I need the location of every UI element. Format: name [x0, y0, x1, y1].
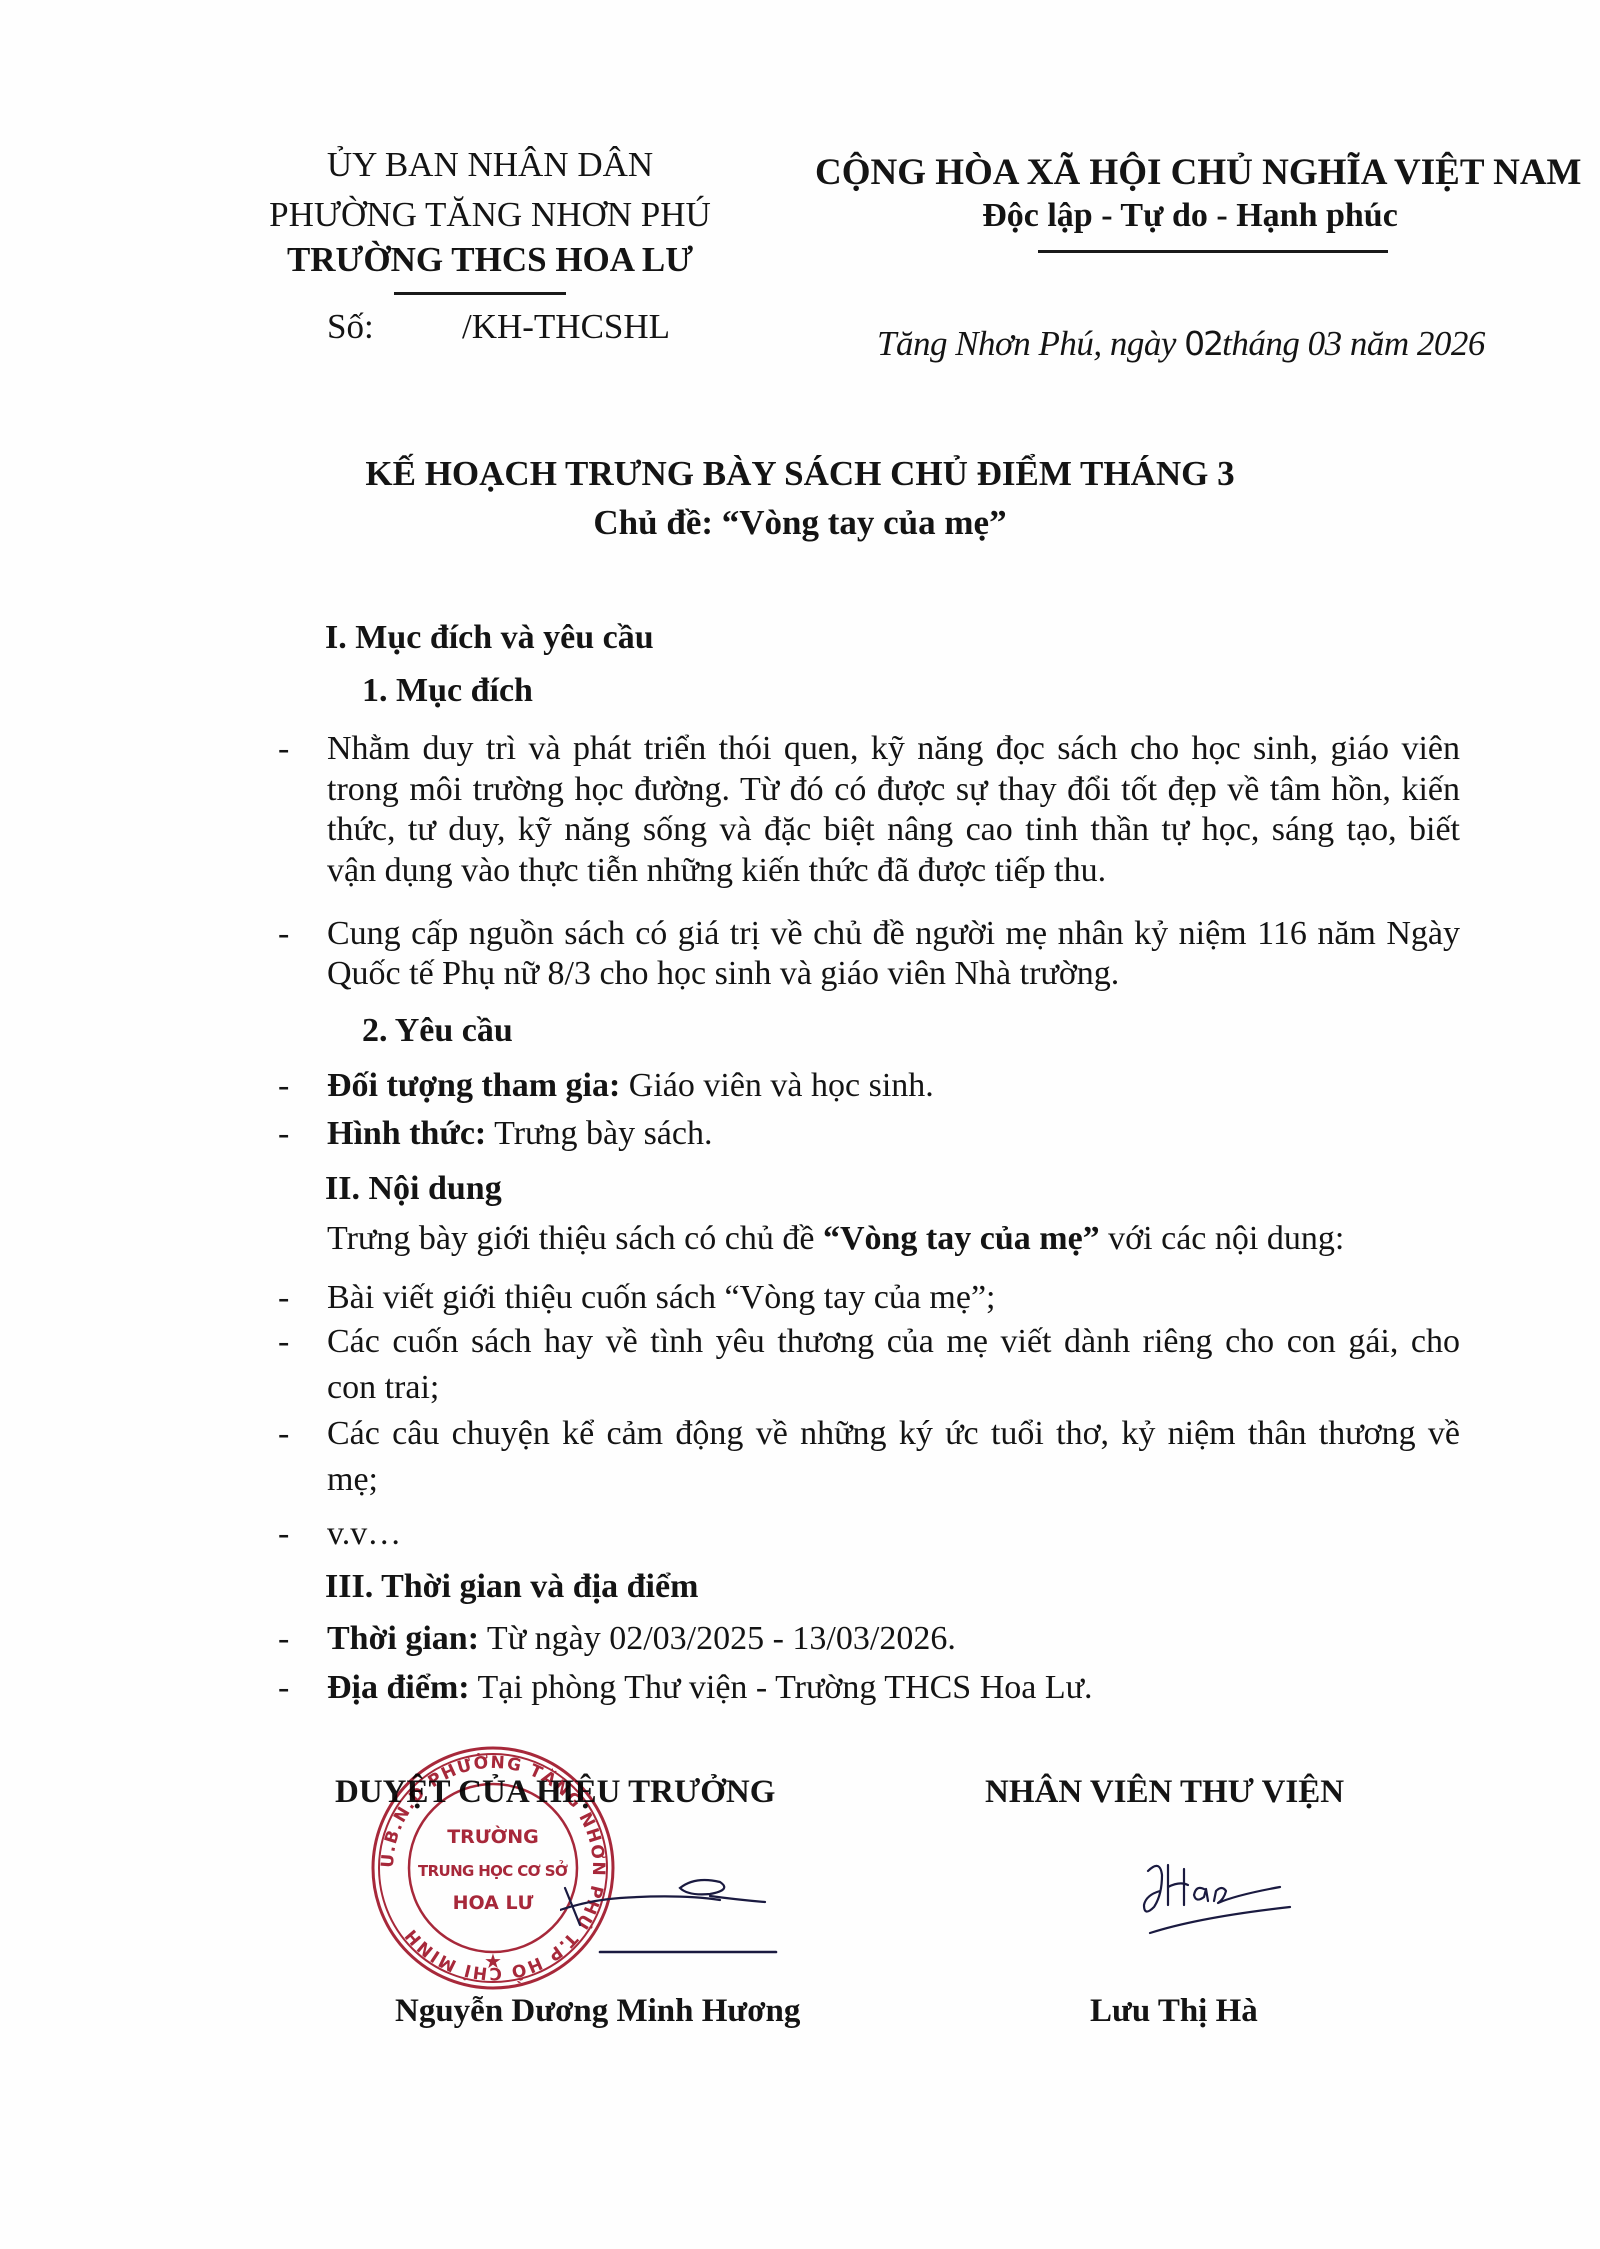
school-name: TRƯỜNG THCS HOA LƯ	[250, 242, 730, 277]
document-page: ỦY BAN NHÂN DÂN PHƯỜNG TĂNG NHƠN PHÚ TRƯ…	[0, 0, 1600, 2249]
header-left-divider	[394, 292, 566, 295]
star-icon: ★	[484, 1949, 502, 1973]
subsection-heading: 2. Yêu cầu	[362, 1014, 513, 1048]
document-number-code: /KH-THCSHL	[462, 309, 670, 344]
requirement-item: Đối tượng tham gia: Giáo viên và học sin…	[327, 1069, 934, 1103]
paragraph-line: Nhằm duy trì và phát triển thói quen, kỹ…	[327, 732, 1460, 766]
subsection-heading: 1. Mục đích	[362, 674, 533, 708]
section-heading: II. Nội dung	[325, 1172, 502, 1206]
bullet-dash: -	[278, 1069, 289, 1103]
content-item: Bài viết giới thiệu cuốn sách “Vòng tay …	[327, 1281, 996, 1315]
bullet-dash: -	[278, 1417, 289, 1451]
document-number-label: Số:	[327, 309, 374, 344]
paragraph-line: Quốc tế Phụ nữ 8/3 cho học sinh và giáo …	[327, 957, 1119, 991]
document-title: KẾ HOẠCH TRƯNG BÀY SÁCH CHỦ ĐIỂM THÁNG 3	[0, 456, 1600, 491]
time-item: Thời gian: Từ ngày 02/03/2025 - 13/03/20…	[327, 1622, 956, 1656]
national-title: CỘNG HÒA XÃ HỘI CHỦ NGHĨA VIỆT NAM	[815, 154, 1565, 191]
paragraph-line: vận dụng vào thực tiễn những kiến thức đ…	[327, 854, 1106, 888]
section-heading: I. Mục đích và yêu cầu	[325, 621, 654, 655]
stamp-line: HOA LƯ	[453, 1892, 534, 1914]
item-label: Thời gian:	[327, 1620, 479, 1657]
header-right-divider	[1038, 250, 1388, 253]
national-motto: Độc lập - Tự do - Hạnh phúc	[815, 199, 1565, 233]
bullet-dash: -	[278, 1281, 289, 1315]
paragraph-line: Cung cấp nguồn sách có giá trị về chủ đề…	[327, 917, 1460, 951]
principal-name: Nguyễn Dương Minh Hương	[395, 1995, 800, 2028]
date-prefix: Tăng Nhơn Phú, ngày	[877, 324, 1184, 363]
ward-line: PHƯỜNG TĂNG NHƠN PHÚ	[250, 197, 730, 232]
content-item-cont: con trai;	[327, 1371, 439, 1405]
intro-text: Trưng bày giới thiệu sách có chủ đề	[327, 1220, 823, 1257]
item-label: Đối tượng tham gia:	[327, 1067, 620, 1104]
bullet-dash: -	[278, 1622, 289, 1656]
principal-signature	[560, 1870, 800, 1970]
authority-line: ỦY BAN NHÂN DÂN	[250, 147, 730, 182]
stamp-line: TRUNG HỌC CƠ SỞ	[418, 1859, 568, 1880]
date-line: Tăng Nhơn Phú, ngày 02tháng 03 năm 2026	[877, 326, 1485, 361]
bullet-dash: -	[278, 917, 289, 951]
bullet-dash: -	[278, 1117, 289, 1151]
section-heading: III. Thời gian và địa điểm	[325, 1570, 698, 1604]
paragraph-line: thức, tư duy, kỹ năng sống và đặc biệt n…	[327, 813, 1460, 847]
intro-text: với các nội dung:	[1100, 1220, 1345, 1257]
stamp-line: TRƯỜNG	[447, 1824, 539, 1848]
librarian-signature	[1140, 1855, 1310, 1935]
librarian-name: Lưu Thị Hà	[1090, 1995, 1258, 2028]
content-item: Các câu chuyện kể cảm động về những ký ứ…	[327, 1417, 1460, 1451]
content-item: Các cuốn sách hay về tình yêu thương của…	[327, 1325, 1460, 1359]
intro-theme: “Vòng tay của mẹ”	[823, 1220, 1100, 1257]
item-value: Từ ngày 02/03/2025 - 13/03/2026.	[479, 1620, 956, 1657]
item-value: Giáo viên và học sinh.	[620, 1067, 934, 1104]
principal-approval-title: DUYỆT CỦA HIỆU TRƯỞNG	[335, 1776, 775, 1809]
item-value: Tại phòng Thư viện - Trường THCS Hoa Lư.	[470, 1669, 1093, 1706]
content-item-cont: mẹ;	[327, 1463, 378, 1497]
date-month-year: tháng 03 năm 2026	[1222, 324, 1485, 363]
item-label: Địa điểm:	[327, 1669, 470, 1706]
document-subtitle: Chủ đề: “Vòng tay của mẹ”	[0, 505, 1600, 540]
requirement-item: Hình thức: Trưng bày sách.	[327, 1117, 712, 1151]
bullet-dash: -	[278, 1517, 289, 1551]
date-day: 02	[1184, 324, 1222, 363]
bullet-dash: -	[278, 1671, 289, 1705]
content-item: v.v…	[327, 1517, 401, 1551]
paragraph-line: trong môi trường học đường. Từ đó có đượ…	[327, 773, 1460, 807]
bullet-dash: -	[278, 1325, 289, 1359]
item-value: Trưng bày sách.	[486, 1115, 712, 1152]
place-item: Địa điểm: Tại phòng Thư viện - Trường TH…	[327, 1671, 1093, 1705]
librarian-title: NHÂN VIÊN THƯ VIỆN	[985, 1776, 1344, 1809]
content-intro: Trưng bày giới thiệu sách có chủ đề “Vòn…	[327, 1222, 1344, 1256]
bullet-dash: -	[278, 732, 289, 766]
item-label: Hình thức:	[327, 1115, 486, 1152]
